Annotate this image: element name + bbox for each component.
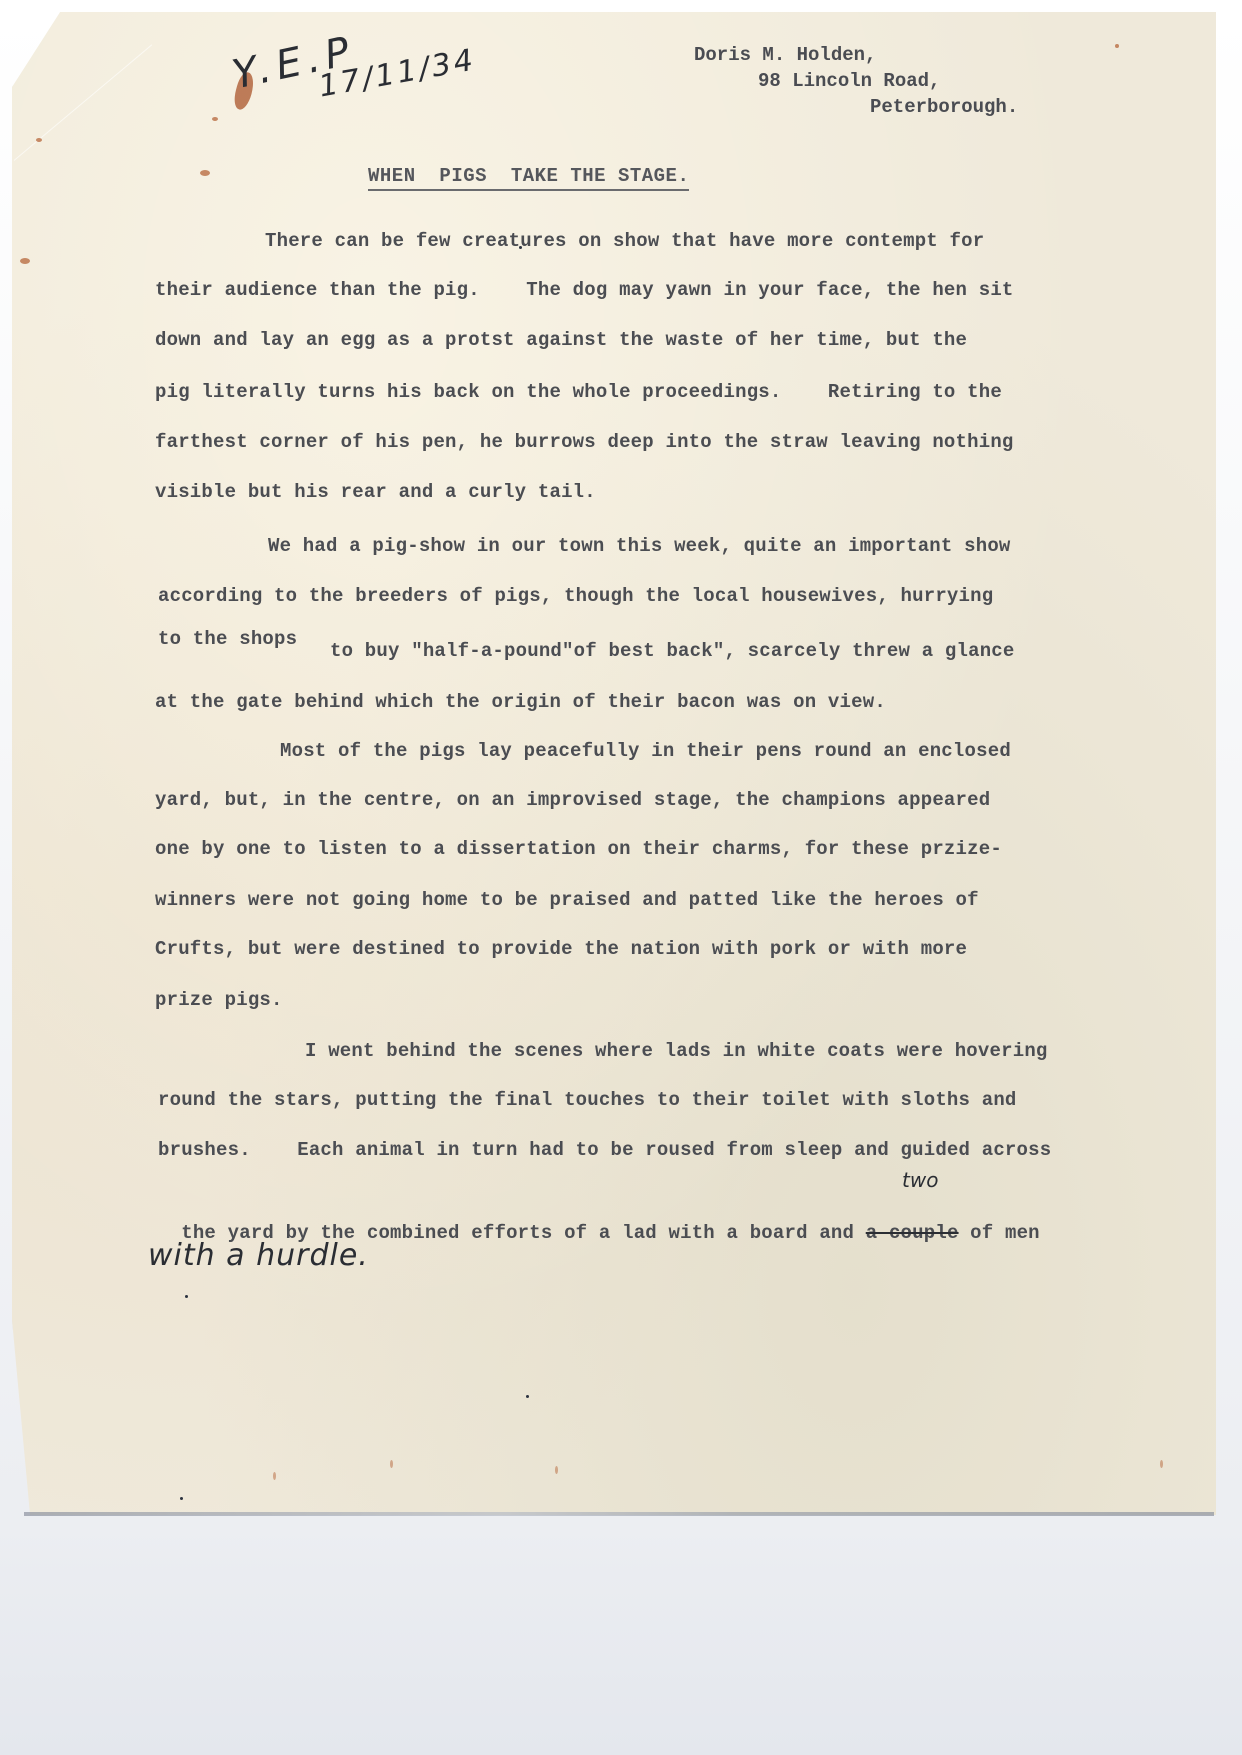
body-line: one by one to listen to a dissertation o… [155,838,1002,860]
address-city: Peterborough. [870,94,1018,120]
last-line-end: of men [959,1222,1040,1244]
body-line: visible but his rear and a curly tail. [155,481,596,503]
body-line: according to the breeders of pigs, thoug… [158,585,993,607]
rust-spot [1115,44,1119,48]
rust-spot [20,258,30,264]
body-line: to the shops [158,628,297,650]
rust-spot [36,138,42,142]
rust-spot [1160,1460,1163,1468]
rust-spot [273,1472,276,1480]
ink-dot [526,1395,529,1398]
rust-spot [555,1466,558,1474]
body-line: There can be few creatures on show that … [265,230,984,252]
address-street: 98 Lincoln Road, [758,68,940,94]
body-line: Crufts, but were destined to provide the… [155,938,967,960]
handwritten-continuation: with a hurdle. [148,1238,369,1273]
ink-dot [180,1497,183,1500]
body-line: pig literally turns his back on the whol… [155,381,1002,403]
ink-dot [185,1295,188,1298]
body-line: Most of the pigs lay peacefully in their… [280,740,1011,762]
struck-text: a couple [866,1222,959,1244]
body-line: yard, but, in the centre, on an improvis… [155,789,990,811]
body-line: farthest corner of his pen, he burrows d… [155,431,1014,453]
body-line: prize pigs. [155,989,283,1011]
body-line: their audience than the pig. The dog may… [155,279,1014,301]
body-line: to buy "half-a-pound"of best back", scar… [330,640,1015,662]
document-title: WHEN PIGS TAKE THE STAGE. [368,165,689,191]
rust-spot [212,117,218,121]
rust-spot [200,170,210,176]
body-line: at the gate behind which the origin of t… [155,691,886,713]
body-line: I went behind the scenes where lads in w… [305,1040,1048,1062]
handwritten-insertion: two [902,1168,938,1192]
body-line: winners were not going home to be praise… [155,889,979,911]
body-line: brushes. Each animal in turn had to be r… [158,1139,1051,1161]
body-line: round the stars, putting the final touch… [158,1089,1017,1111]
body-line: down and lay an egg as a protst against … [155,329,967,351]
address-name: Doris M. Holden, [694,42,876,68]
rust-spot [390,1460,393,1468]
body-line: We had a pig-show in our town this week,… [268,535,1011,557]
paper-bottom-edge [24,1512,1214,1516]
